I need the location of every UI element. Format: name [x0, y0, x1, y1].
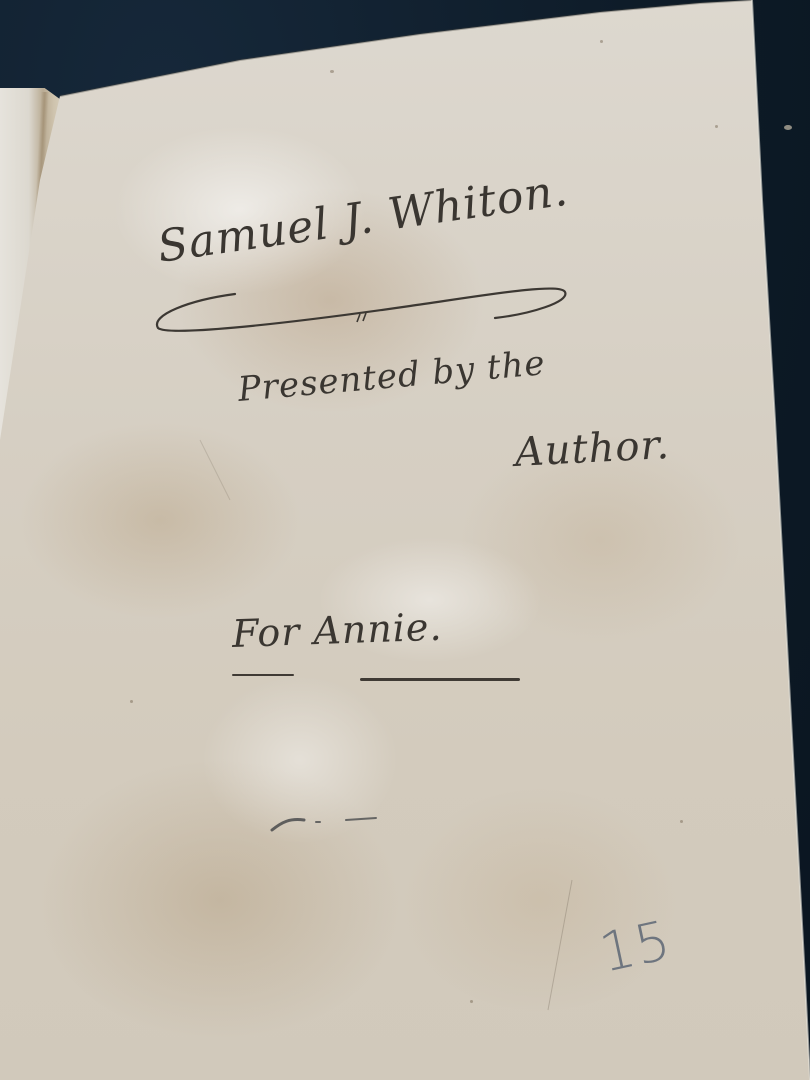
foxing-speck [130, 700, 133, 703]
foxing-speck [600, 40, 603, 43]
author-line: Author. [514, 422, 671, 476]
flyleaf-page [0, 0, 810, 1080]
foxing-speck [715, 125, 718, 128]
dust-speck [784, 125, 792, 130]
foxing-speck [330, 70, 334, 73]
dedication-underline-left [232, 674, 294, 676]
ink-smudge [268, 808, 388, 838]
dedication-underline-right [360, 678, 520, 681]
foxing-speck [680, 820, 683, 823]
foxing-speck [470, 1000, 473, 1003]
dedication-line: For Annie. [231, 605, 443, 656]
signature-flourish [150, 270, 580, 340]
book-photo: Samuel J. Whiton. Presented by the Autho… [0, 0, 810, 1080]
